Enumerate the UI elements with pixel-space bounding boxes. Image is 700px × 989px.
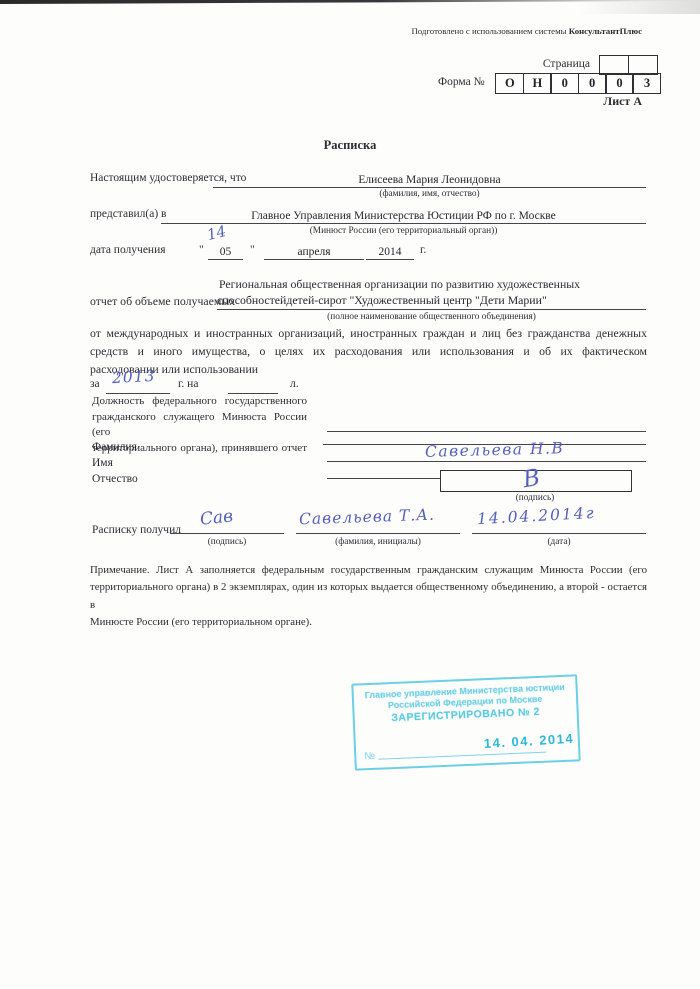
org-name-caption: (полное наименование общественного объед…	[217, 312, 646, 322]
report-body-line: расходовании или использовании	[90, 360, 647, 378]
stamp-number-label: №	[364, 751, 375, 762]
scanned-document-page: Подготовлено с использованием системы Ко…	[0, 0, 700, 989]
receipt-date-caption: (дата)	[472, 537, 646, 547]
receive-year-value: 2014	[379, 246, 402, 259]
report-body-line: средств и иного имущества, о целях их ра…	[90, 342, 647, 360]
period-mid-label: г. на	[178, 378, 198, 390]
firstname-label: Имя	[92, 457, 113, 469]
official-signature-scribble: В	[521, 465, 542, 494]
report-body-line: от международных и иностранных организац…	[90, 324, 647, 342]
form-code-cell: 0	[605, 73, 634, 94]
period-tail-label: л.	[290, 378, 299, 390]
stamp-number-line	[378, 752, 546, 760]
org-name-value: способностейдетей-сирот "Художественный …	[217, 293, 547, 309]
official-patronymic-field	[327, 463, 440, 479]
prepared-note-text: Подготовлено с использованием системы	[411, 26, 568, 36]
official-position-line: гражданского служащего Минюста России (е…	[92, 410, 307, 441]
document-title: Расписка	[0, 138, 700, 153]
surname-label: Фамилия	[92, 441, 137, 453]
form-code-cell: 0	[578, 73, 607, 94]
prepared-note: Подготовлено с использованием системы Ко…	[0, 26, 642, 36]
sheet-label: Лист А	[0, 94, 642, 109]
quote-open: "	[199, 244, 204, 256]
period-lead: за	[90, 378, 100, 390]
note-line: Примечание. Лист А заполняется федеральн…	[90, 562, 647, 579]
receive-year-suffix: г.	[420, 244, 426, 256]
page-number-cell	[628, 55, 658, 75]
submitted-lead: представил(а) в	[90, 208, 166, 220]
receipt-signature-caption: (подпись)	[170, 537, 284, 547]
receive-month-value: апреля	[298, 246, 331, 259]
receive-year-field: 2014	[366, 233, 414, 260]
org-name-field: способностейдетей-сирот "Художественный …	[217, 283, 646, 310]
receipt-lead: Расписку получил	[92, 524, 181, 536]
authority-field: Главное Управления Министерства Юстиции …	[161, 197, 646, 224]
form-code-cell: О	[495, 73, 524, 94]
form-code-boxes: О Н 0 0 0 3	[497, 73, 661, 94]
report-lead: отчет об объеме получаемых	[90, 294, 235, 309]
receipt-signature-handwritten: Сав	[199, 506, 234, 529]
scan-corner-shading	[580, 0, 700, 14]
receive-date-lead: дата получения	[90, 244, 166, 256]
receipt-name-caption: (фамилия, инициалы)	[296, 537, 460, 547]
prepared-note-brand: КонсультантПлюс	[569, 26, 642, 36]
authority-value: Главное Управления Министерства Юстиции …	[251, 210, 556, 223]
form-code-cell: Н	[523, 73, 552, 94]
recipient-name-value: Елисеева Мария Леонидовна	[358, 174, 500, 187]
official-position-line: Должность федерального государственного	[92, 394, 307, 410]
page-label: Страница	[480, 58, 590, 70]
patronymic-label: Отчество	[92, 473, 138, 485]
receive-month-field: апреля	[264, 233, 364, 260]
quote-close: "	[250, 244, 255, 256]
period-year-handwritten: 2013	[112, 367, 156, 387]
page-number-boxes	[601, 55, 658, 75]
official-name-handwritten: Савельева Н.В	[425, 439, 565, 461]
recipient-name-field: Елисеева Мария Леонидовна	[213, 160, 646, 188]
receive-day-value: 05	[220, 246, 232, 259]
form-number-label: Форма №	[438, 76, 485, 88]
form-code-cell: 3	[632, 73, 661, 94]
period-sheets-field	[228, 367, 278, 394]
page-number-cell	[599, 55, 629, 75]
note-line: Минюсте России (его территориальном орга…	[90, 614, 647, 631]
form-code-cell: 0	[550, 73, 579, 94]
note-block: Примечание. Лист А заполняется федеральн…	[90, 562, 647, 632]
official-signature-caption: (подпись)	[445, 493, 625, 503]
registration-stamp: Главное управление Министерства юстиции …	[351, 674, 580, 770]
note-line: территориального органа) в 2 экземплярах…	[90, 579, 647, 614]
stamp-date: 14. 04. 2014	[483, 731, 574, 751]
